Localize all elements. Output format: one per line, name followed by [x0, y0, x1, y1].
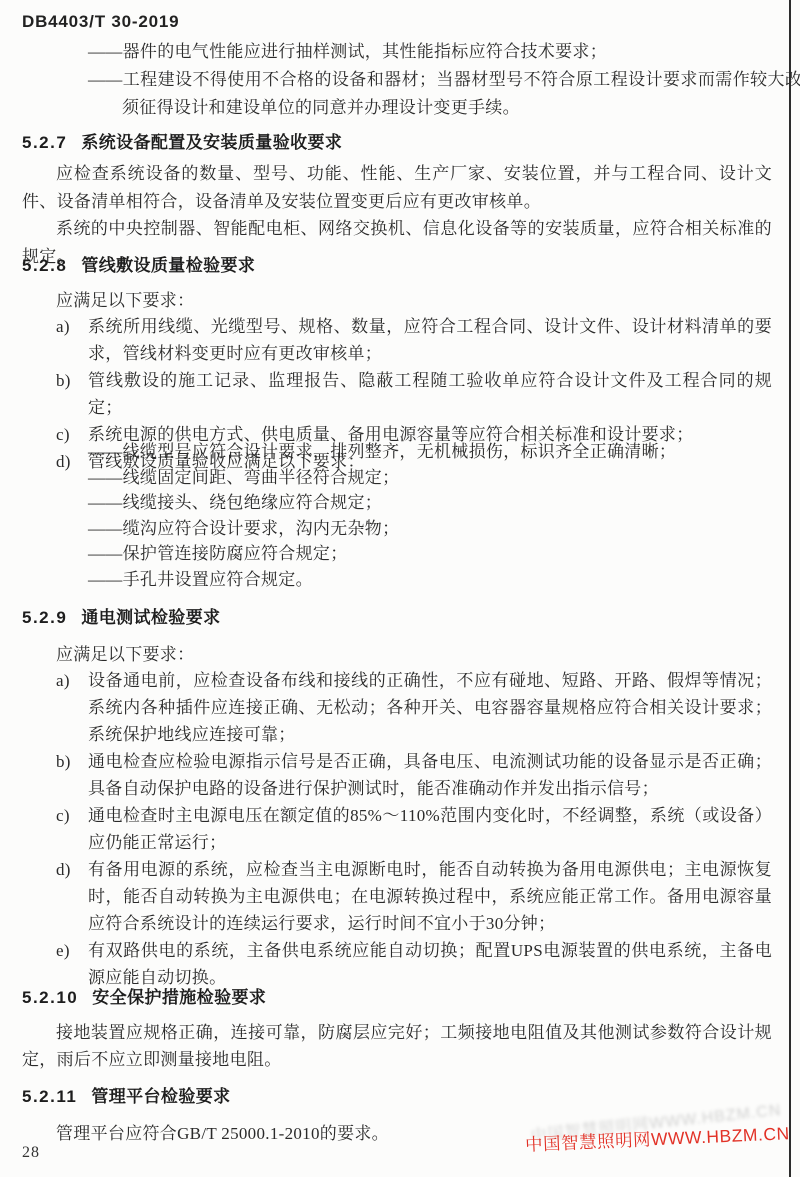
intro-bullet: ——工程建设不得使用不合格的设备和器材；当器材型号不符合原工程设计要求而需作较大… — [22, 66, 800, 122]
section-title: 安全保护措施检验要求 — [92, 988, 266, 1007]
dash-item: ——保护管连接防腐应符合规定； — [22, 541, 772, 567]
section-title: 管理平台检验要求 — [91, 1087, 230, 1106]
dash-sublist: ——线缆型号应符合设计要求，排列整齐，无机械损伤，标识齐全正确清晰； ——线缆固… — [22, 439, 772, 592]
dash-mark: —— — [88, 519, 123, 538]
intro-bullet-text: 工程建设不得使用不合格的设备和器材；当器材型号不符合原工程设计要求而需作较大改变… — [122, 70, 800, 117]
list-item-label: c) — [56, 802, 70, 829]
list-item-text: 通电检查应检验电源指示信号是否正确，具备电压、电流测试功能的设备显示是否正确；具… — [88, 752, 772, 798]
dash-mark: —— — [88, 570, 123, 589]
section-heading: 5.2.11管理平台检验要求 — [22, 1082, 772, 1107]
list-item-label: b) — [56, 748, 71, 775]
section-number: 5.2.8 — [22, 256, 67, 275]
section-number: 5.2.10 — [22, 988, 78, 1007]
dash-item: ——线缆接头、绕包绝缘应符合规定； — [22, 490, 772, 516]
section-title: 通电测试检验要求 — [81, 608, 220, 627]
dash-item: ——线缆型号应符合设计要求，排列整齐，无机械损伤，标识齐全正确清晰； — [22, 439, 772, 465]
lead-sentence: 应满足以下要求： — [22, 287, 772, 315]
list-item-label: a) — [56, 313, 70, 340]
dash-mark: —— — [88, 442, 123, 461]
standard-code-header: DB4403/T 30-2019 — [22, 12, 772, 32]
dash-mark: —— — [88, 493, 123, 512]
dash-mark: —— — [88, 42, 123, 61]
dash-mark: —— — [88, 468, 123, 487]
dash-item-text: 手孔井设置应符合规定。 — [123, 570, 313, 589]
section-number: 5.2.7 — [22, 133, 67, 152]
list-item-text: 系统所用线缆、光缆型号、规格、数量，应符合工程合同、设计文件、设计材料清单的要求… — [88, 317, 772, 363]
lettered-list: a)设备通电前，应检查设备布线和接线的正确性，不应有碰地、短路、开路、假焊等情况… — [22, 667, 772, 991]
section-title: 管线敷设质量检验要求 — [81, 256, 255, 275]
section-title: 系统设备配置及安装质量验收要求 — [81, 133, 342, 152]
document-page: DB4403/T 30-2019 ——器件的电气性能应进行抽样测试，其性能指标应… — [0, 0, 800, 1177]
list-item-text: 设备通电前，应检查设备布线和接线的正确性，不应有碰地、短路、开路、假焊等情况；系… — [88, 671, 772, 744]
dash-item: ——缆沟应符合设计要求，沟内无杂物； — [22, 516, 772, 542]
paragraph: 接地装置应规格正确，连接可靠，防腐层应完好；工频接地电阻值及其他测试参数符合设计… — [22, 1019, 772, 1073]
section-heading: 5.2.10安全保护措施检验要求 — [22, 983, 772, 1008]
intro-bullet: ——器件的电气性能应进行抽样测试，其性能指标应符合技术要求； — [22, 38, 800, 66]
dash-item: ——手孔井设置应符合规定。 — [22, 567, 772, 593]
list-item: d)有备用电源的系统，应检查当主电源断电时，能否自动转换为备用电源供电；主电源恢… — [22, 856, 772, 937]
section-heading: 5.2.9通电测试检验要求 — [22, 603, 772, 628]
scan-border-line — [789, 0, 791, 1177]
list-item-label: e) — [56, 937, 70, 964]
list-item: a)设备通电前，应检查设备布线和接线的正确性，不应有碰地、短路、开路、假焊等情况… — [22, 667, 772, 748]
dash-item-text: 线缆型号应符合设计要求，排列整齐，无机械损伤，标识齐全正确清晰； — [123, 442, 677, 461]
dash-item-text: 线缆接头、绕包绝缘应符合规定； — [123, 493, 383, 512]
dash-mark: —— — [88, 70, 123, 89]
section-number: 5.2.11 — [22, 1087, 77, 1106]
section-heading: 5.2.7系统设备配置及安装质量验收要求 — [22, 128, 772, 153]
list-item-label: a) — [56, 667, 70, 694]
list-item-text: 通电检查时主电源电压在额定值的85%～110%范围内变化时，不经调整，系统（或设… — [88, 806, 772, 852]
list-item: a)系统所用线缆、光缆型号、规格、数量，应符合工程合同、设计文件、设计材料清单的… — [22, 313, 772, 367]
list-item: b)通电检查应检验电源指示信号是否正确，具备电压、电流测试功能的设备显示是否正确… — [22, 748, 772, 802]
list-item-text: 有双路供电的系统，主备供电系统应能自动切换；配置UPS电源装置的供电系统，主备电… — [88, 941, 772, 987]
intro-bullet-text: 器件的电气性能应进行抽样测试，其性能指标应符合技术要求； — [123, 42, 607, 61]
section-heading: 5.2.8管线敷设质量检验要求 — [22, 251, 772, 276]
list-item: b)管线敷设的施工记录、监理报告、隐蔽工程随工验收单应符合设计文件及工程合同的规… — [22, 367, 772, 421]
dash-mark: —— — [88, 544, 123, 563]
lead-sentence: 应满足以下要求： — [22, 641, 772, 669]
dash-item-text: 线缆固定间距、弯曲半径符合规定； — [123, 468, 400, 487]
dash-item: ——线缆固定间距、弯曲半径符合规定； — [22, 465, 772, 491]
list-item-text: 有备用电源的系统，应检查当主电源断电时，能否自动转换为备用电源供电；主电源恢复时… — [88, 860, 772, 933]
dash-item-text: 保护管连接防腐应符合规定； — [123, 544, 348, 563]
list-item-text: 管线敷设的施工记录、监理报告、隐蔽工程随工验收单应符合设计文件及工程合同的规定； — [88, 371, 772, 417]
list-item-label: d) — [56, 856, 71, 883]
section-number: 5.2.9 — [22, 608, 67, 627]
paragraph: 应检查系统设备的数量、型号、功能、性能、生产厂家、安装位置，并与工程合同、设计文… — [22, 160, 772, 216]
dash-item-text: 缆沟应符合设计要求，沟内无杂物； — [123, 519, 400, 538]
list-item-label: b) — [56, 367, 71, 394]
list-item: c)通电检查时主电源电压在额定值的85%～110%范围内变化时，不经调整，系统（… — [22, 802, 772, 856]
